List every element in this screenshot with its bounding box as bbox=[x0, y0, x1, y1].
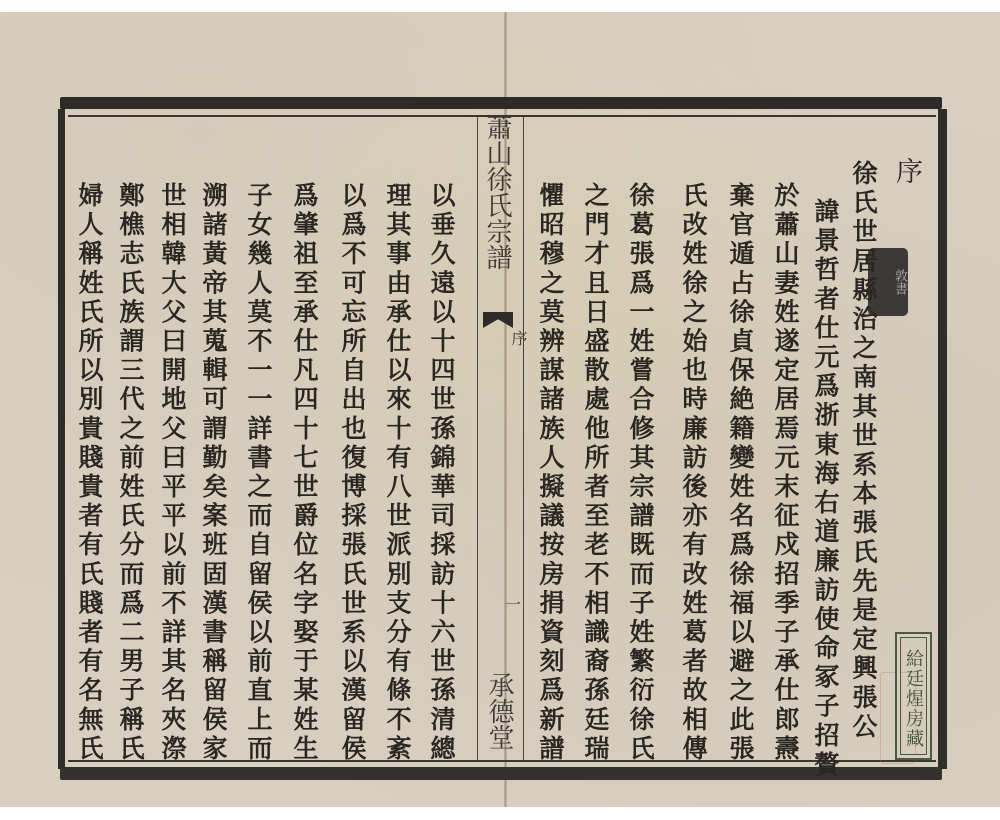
ownership-seal: 給廷煋房藏 bbox=[895, 632, 932, 760]
text-column-r4: 棄官遁占徐貞保絶籍變姓名爲徐福以避之此張 bbox=[723, 182, 757, 764]
book-title: 蕭山徐氏宗譜 bbox=[482, 114, 516, 270]
text-column-l3: 以爲不可忘所自出也復博採張氏世系以漢留侯 bbox=[335, 182, 369, 764]
page-number: 一 bbox=[505, 592, 521, 615]
text-column-r7: 之門才且日盛散處他所者至老不相識裔孫廷瑞 bbox=[578, 182, 612, 764]
frame-left-border bbox=[58, 109, 65, 769]
text-column-r6: 徐葛張爲一姓嘗合修其宗譜既而子姓繁衍徐氏 bbox=[623, 182, 657, 764]
preface-heading: 序 bbox=[887, 157, 926, 184]
text-column-r5: 氏改姓徐之始也時廉訪後亦有改姓葛者故相傳 bbox=[676, 182, 710, 764]
text-column-l6: 溯諸黃帝其蒐輯可謂勤矣案班固漢書稱留侯家 bbox=[196, 182, 230, 764]
text-column-l9: 婦人稱姓氏所以別貴賤貴者有氏賤者有名無氏 bbox=[72, 182, 106, 764]
section-label: 序 bbox=[507, 330, 530, 346]
gutter-right-line bbox=[523, 117, 524, 760]
text-column-l1: 以垂久遠以十四世孫錦華司採訪十六世孫清總 bbox=[424, 182, 458, 764]
text-column-r8: 懼昭穆之莫辨謀諸族人擬議按房捐資刻爲新譜 bbox=[533, 182, 567, 764]
text-column-l7: 世相韓大父曰開地父曰平平以前不詳其名夾漈 bbox=[155, 182, 189, 764]
text-column-l8: 鄭樵志氏族謂三代之前姓氏分而爲二男子稱氏 bbox=[113, 182, 147, 764]
fishtail-mark-icon bbox=[483, 312, 513, 328]
frame-top-border bbox=[60, 97, 942, 109]
text-column-r3: 於蕭山妻姓遂定居焉元末征戍招季子承仕郎燾 bbox=[768, 182, 802, 764]
book-spread: 序 敦書 徐氏世居縣治之南其世系本張氏先是定興張公 諱景哲者仕元爲浙東海右道廉訪… bbox=[0, 12, 1000, 807]
frame-right-border bbox=[938, 109, 947, 769]
text-column-l4: 爲肇祖至承仕凡四十七世爵位名字娶于某姓生 bbox=[287, 182, 321, 764]
text-column-r2: 諱景哲者仕元爲浙東海右道廉訪使命冢子招贅 bbox=[808, 198, 842, 780]
gutter-left-line bbox=[477, 117, 478, 760]
text-column-l2: 理其事由承仕以來十有八世派別支分有條不紊 bbox=[380, 182, 414, 764]
hall-name: 承德堂 bbox=[484, 672, 518, 750]
text-column-l5: 子女幾人莫不一一詳書之而自留侯以前直上而 bbox=[241, 182, 275, 764]
text-column-r1: 徐氏世居縣治之南其世系本張氏先是定興張公 bbox=[846, 160, 880, 742]
